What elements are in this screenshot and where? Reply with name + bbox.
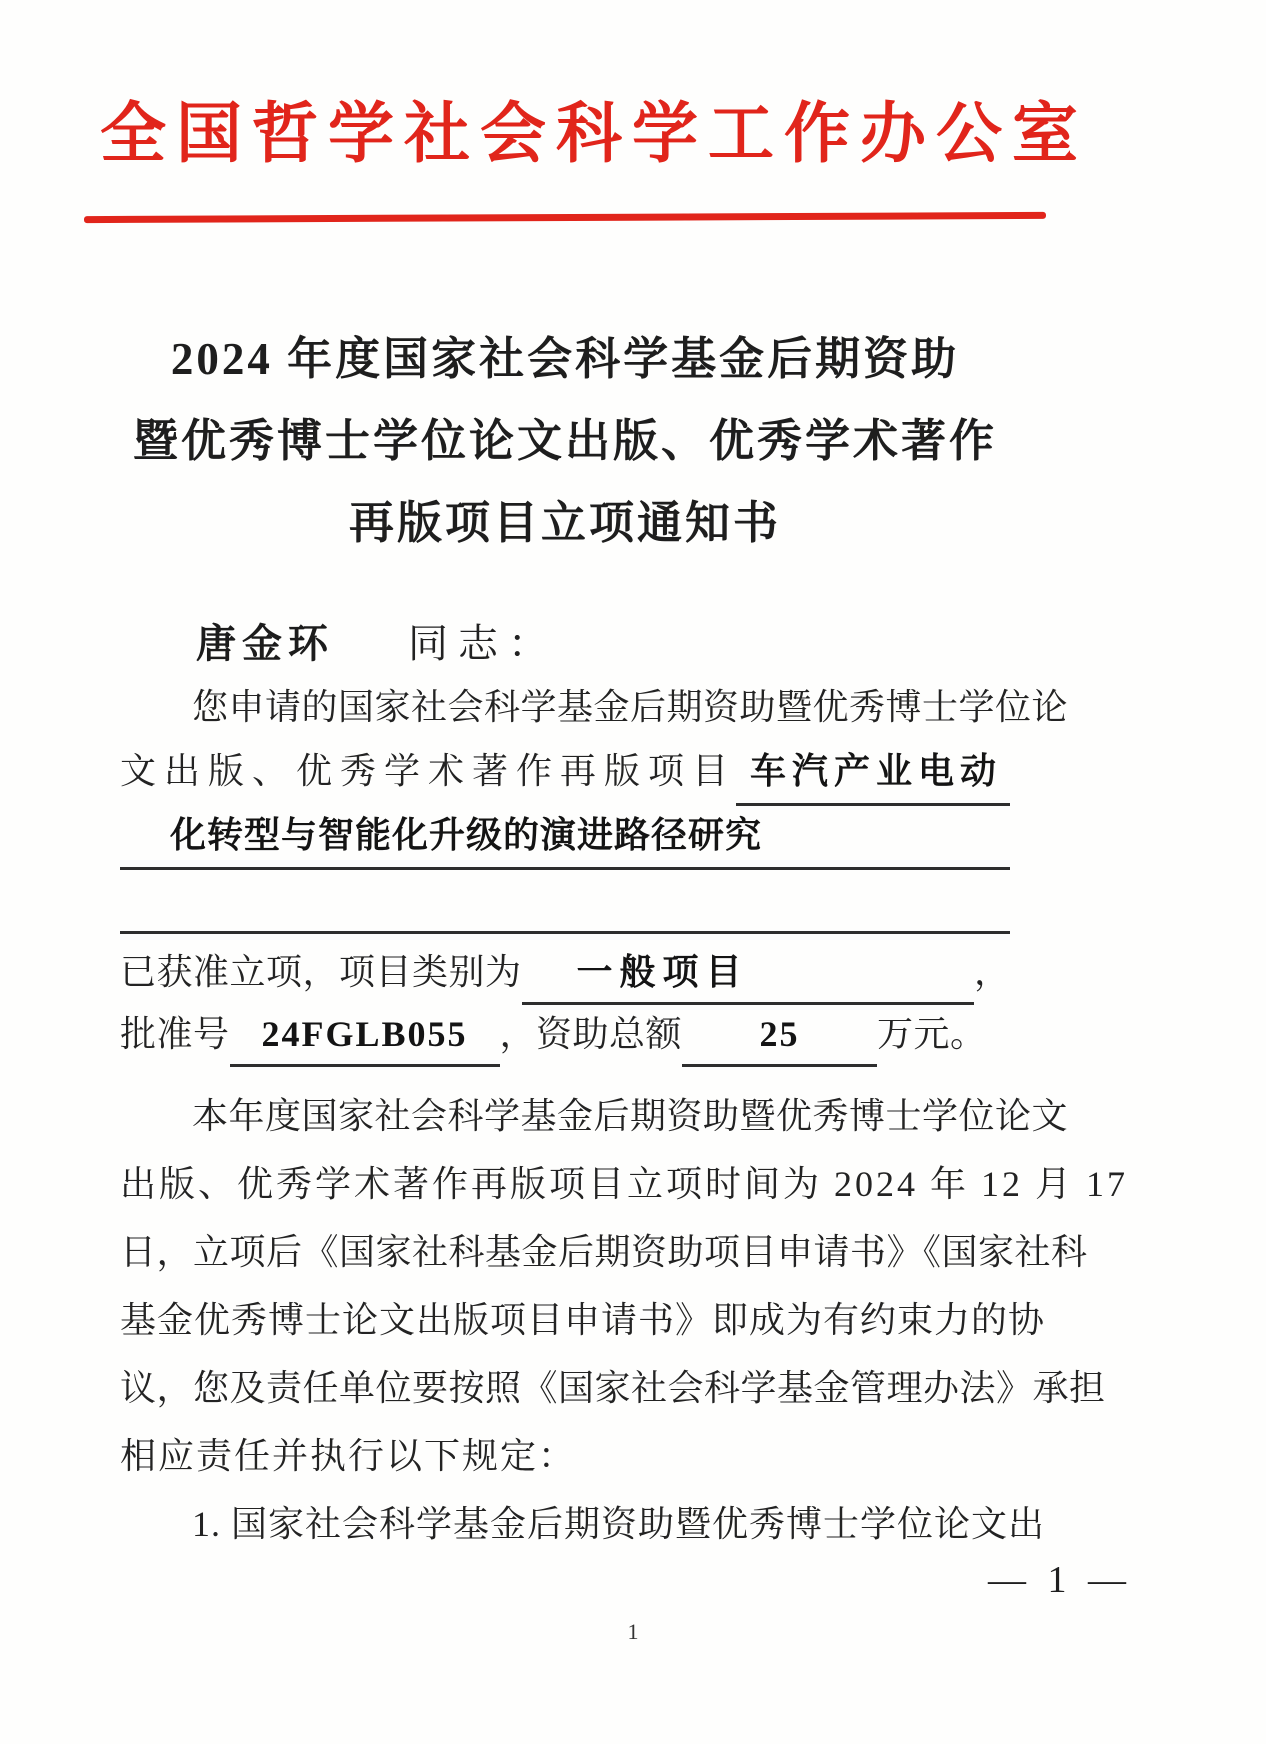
sheet-number: 1 xyxy=(100,1612,1166,1652)
body-line: 已获准立项，项目类别为 xyxy=(120,943,522,1005)
body-line: 万元。 xyxy=(877,1005,987,1067)
project-name-fill-line-1: 车汽产业电动 xyxy=(736,742,1010,806)
blank-underline xyxy=(120,870,1010,934)
doc-title-line-2: 暨优秀博士学位论文出版、优秀学术著作 xyxy=(100,400,1030,482)
doc-title: 2024 年度国家社会科学基金后期资助 暨优秀博士学位论文出版、优秀学术著作 再… xyxy=(100,318,1030,564)
letterhead-office-name: 全国哲学社会科学工作办公室 xyxy=(100,88,1030,178)
doc-title-line-1: 2024 年度国家社会科学基金后期资助 xyxy=(100,318,1030,400)
project-name-fill-line-2: 化转型与智能化升级的演进路径研究 xyxy=(120,806,1010,870)
grant-amount-fill: 25 xyxy=(682,1005,877,1067)
regulation-item-1: 1. 国家社会科学基金后期资助暨优秀博士学位论文出 xyxy=(120,1490,1010,1558)
paragraph-terms: 本年度国家社会科学基金后期资助暨优秀博士学位论文 出版、优秀学术著作再版项目立项… xyxy=(120,1082,1010,1490)
body-line: 批准号 xyxy=(120,1005,230,1067)
approval-block: 已获准立项，项目类别为 一般项目 ， 批准号 24FGLB055 ，资助总额 2… xyxy=(120,943,1010,1067)
body-line: 文出版、优秀学术著作再版项目 xyxy=(120,742,736,806)
body-line: ，资助总额 xyxy=(500,1005,683,1067)
body-line: 出版、优秀学术著作再版项目立项时间为 2024 年 12 月 17 xyxy=(120,1150,1128,1218)
page-number: — 1 — xyxy=(960,1556,1160,1604)
salutation: 唐金环同志： xyxy=(196,616,558,672)
comma: ， xyxy=(974,943,1010,1005)
salutation-suffix: 同志： xyxy=(408,621,558,666)
letterhead-red-rule xyxy=(84,212,1046,223)
approval-number-fill: 24FGLB055 xyxy=(230,1005,500,1067)
body-line: 议，您及责任单位要按照《国家社会科学基金管理办法》承担 xyxy=(120,1354,1106,1422)
doc-title-line-3: 再版项目立项通知书 xyxy=(100,482,1030,564)
scanned-document-page: 全国哲学社会科学工作办公室 2024 年度国家社会科学基金后期资助 暨优秀博士学… xyxy=(0,0,1266,1744)
recipient-name: 唐金环 xyxy=(196,621,334,666)
paragraph-application: 您申请的国家社会科学基金后期资助暨优秀博士学位论 文出版、优秀学术著作再版项目 … xyxy=(120,678,1010,934)
body-line: 基金优秀博士论文出版项目申请书》即成为有约束力的协 xyxy=(120,1286,1045,1354)
body-line: 本年度国家社会科学基金后期资助暨优秀博士学位论文 xyxy=(120,1082,1068,1150)
body-line: 相应责任并执行以下规定： xyxy=(120,1422,576,1490)
body-line: 1. 国家社会科学基金后期资助暨优秀博士学位论文出 xyxy=(120,1490,1045,1558)
body-line: 您申请的国家社会科学基金后期资助暨优秀博士学位论 xyxy=(120,678,1068,742)
body-line: 日，立项后《国家社科基金后期资助项目申请书》《国家社科 xyxy=(120,1218,1088,1286)
project-category-fill: 一般项目 xyxy=(522,943,974,1005)
